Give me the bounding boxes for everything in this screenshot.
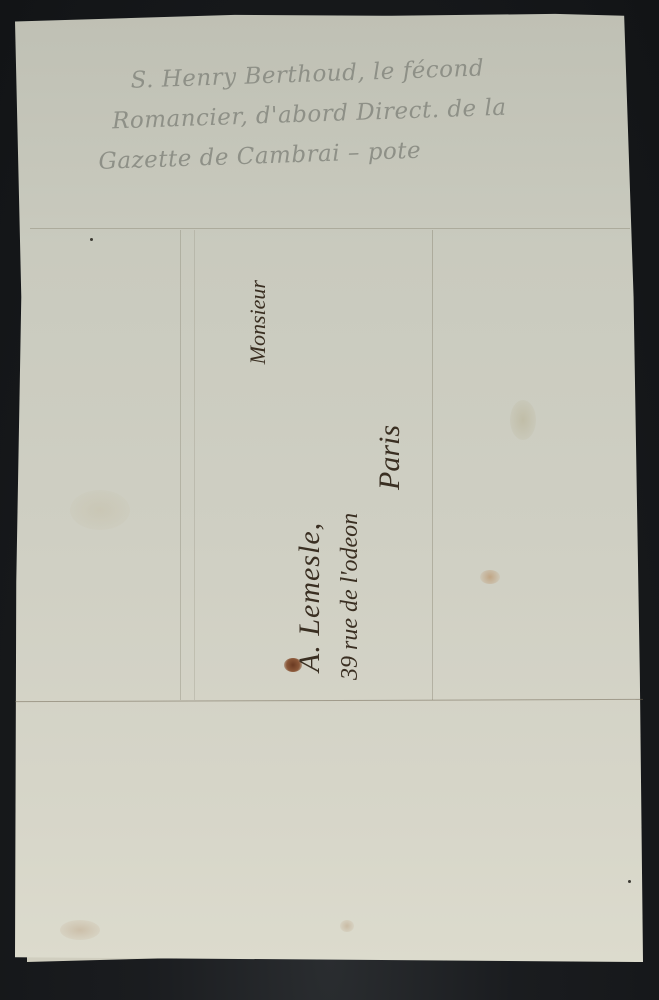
address-street: 39 rue de l'odeon xyxy=(337,513,364,680)
address-block: Monsieur A. Lemesle, 39 rue de l'odeon P… xyxy=(245,270,415,690)
fold-line-left xyxy=(180,230,181,700)
address-city: Paris xyxy=(373,425,407,490)
address-name: A. Lemesle, xyxy=(293,522,327,672)
fold-line-right xyxy=(432,230,433,700)
ink-dot xyxy=(90,238,93,241)
ink-dot xyxy=(628,880,631,883)
fold-line-top xyxy=(30,228,630,229)
pencil-annotation: S. Henry Berthoud, le fécond Romancier, … xyxy=(95,44,629,182)
fold-line-inner xyxy=(194,230,195,700)
address-salutation: Monsieur xyxy=(245,280,271,364)
